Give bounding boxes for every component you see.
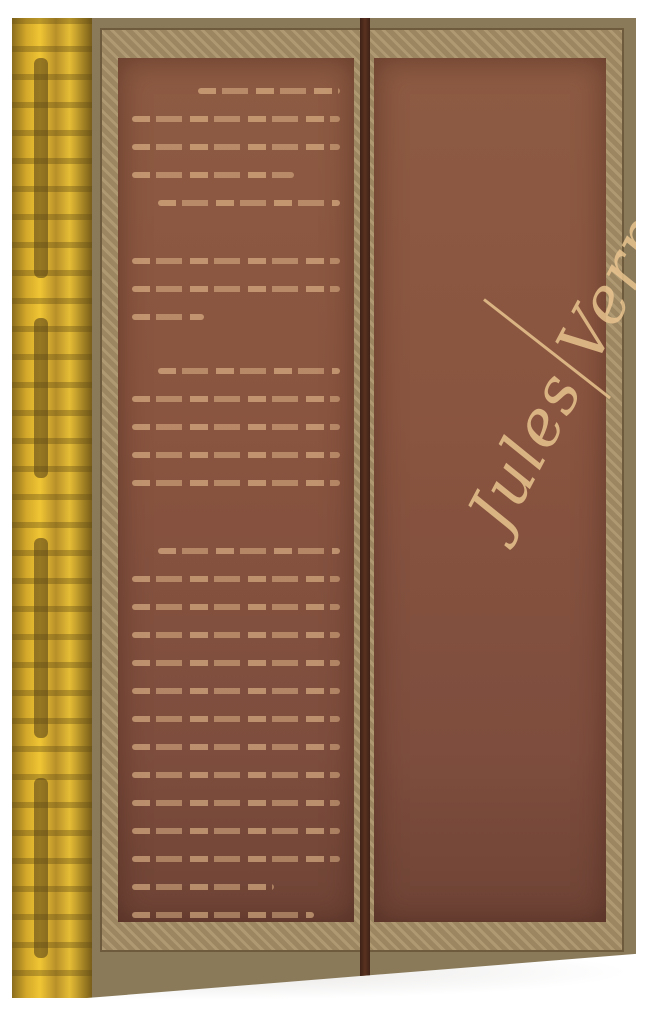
manuscript-line [132, 286, 340, 292]
manuscript-line [132, 576, 340, 582]
manuscript-line [132, 912, 314, 918]
author-signature: Jules Verne [454, 165, 650, 543]
manuscript-line [132, 688, 340, 694]
spine-ornament [34, 58, 48, 278]
gilded-spine [12, 18, 92, 998]
manuscript-line [132, 172, 294, 178]
manuscript-line [132, 716, 340, 722]
manuscript-line [132, 856, 340, 862]
spine-ornament [34, 318, 48, 478]
spine-ornament [34, 538, 48, 738]
manuscript-line [132, 800, 340, 806]
manuscript-panel [118, 58, 354, 922]
manuscript-line [132, 480, 340, 486]
decorative-border: Jules Verne [100, 28, 624, 952]
front-cover: Jules Verne [92, 18, 636, 998]
manuscript-line [132, 828, 340, 834]
manuscript-line [132, 452, 340, 458]
manuscript-line [158, 200, 340, 206]
manuscript-line [132, 604, 340, 610]
manuscript-line [158, 368, 340, 374]
manuscript-line [132, 258, 340, 264]
notebook: Jules Verne [12, 18, 636, 998]
signature-panel: Jules Verne [374, 58, 606, 922]
manuscript-line [132, 660, 340, 666]
magnetic-wrap-strap [360, 18, 370, 986]
manuscript-line [132, 116, 340, 122]
manuscript-line [158, 548, 340, 554]
manuscript-line [132, 632, 340, 638]
manuscript-line [132, 424, 340, 430]
manuscript-line [132, 396, 340, 402]
manuscript-line [132, 144, 340, 150]
manuscript-line [198, 88, 340, 94]
manuscript-line [132, 884, 274, 890]
manuscript-line [132, 314, 204, 320]
manuscript-line [132, 772, 340, 778]
manuscript-line [132, 744, 340, 750]
spine-ornament [34, 778, 48, 958]
